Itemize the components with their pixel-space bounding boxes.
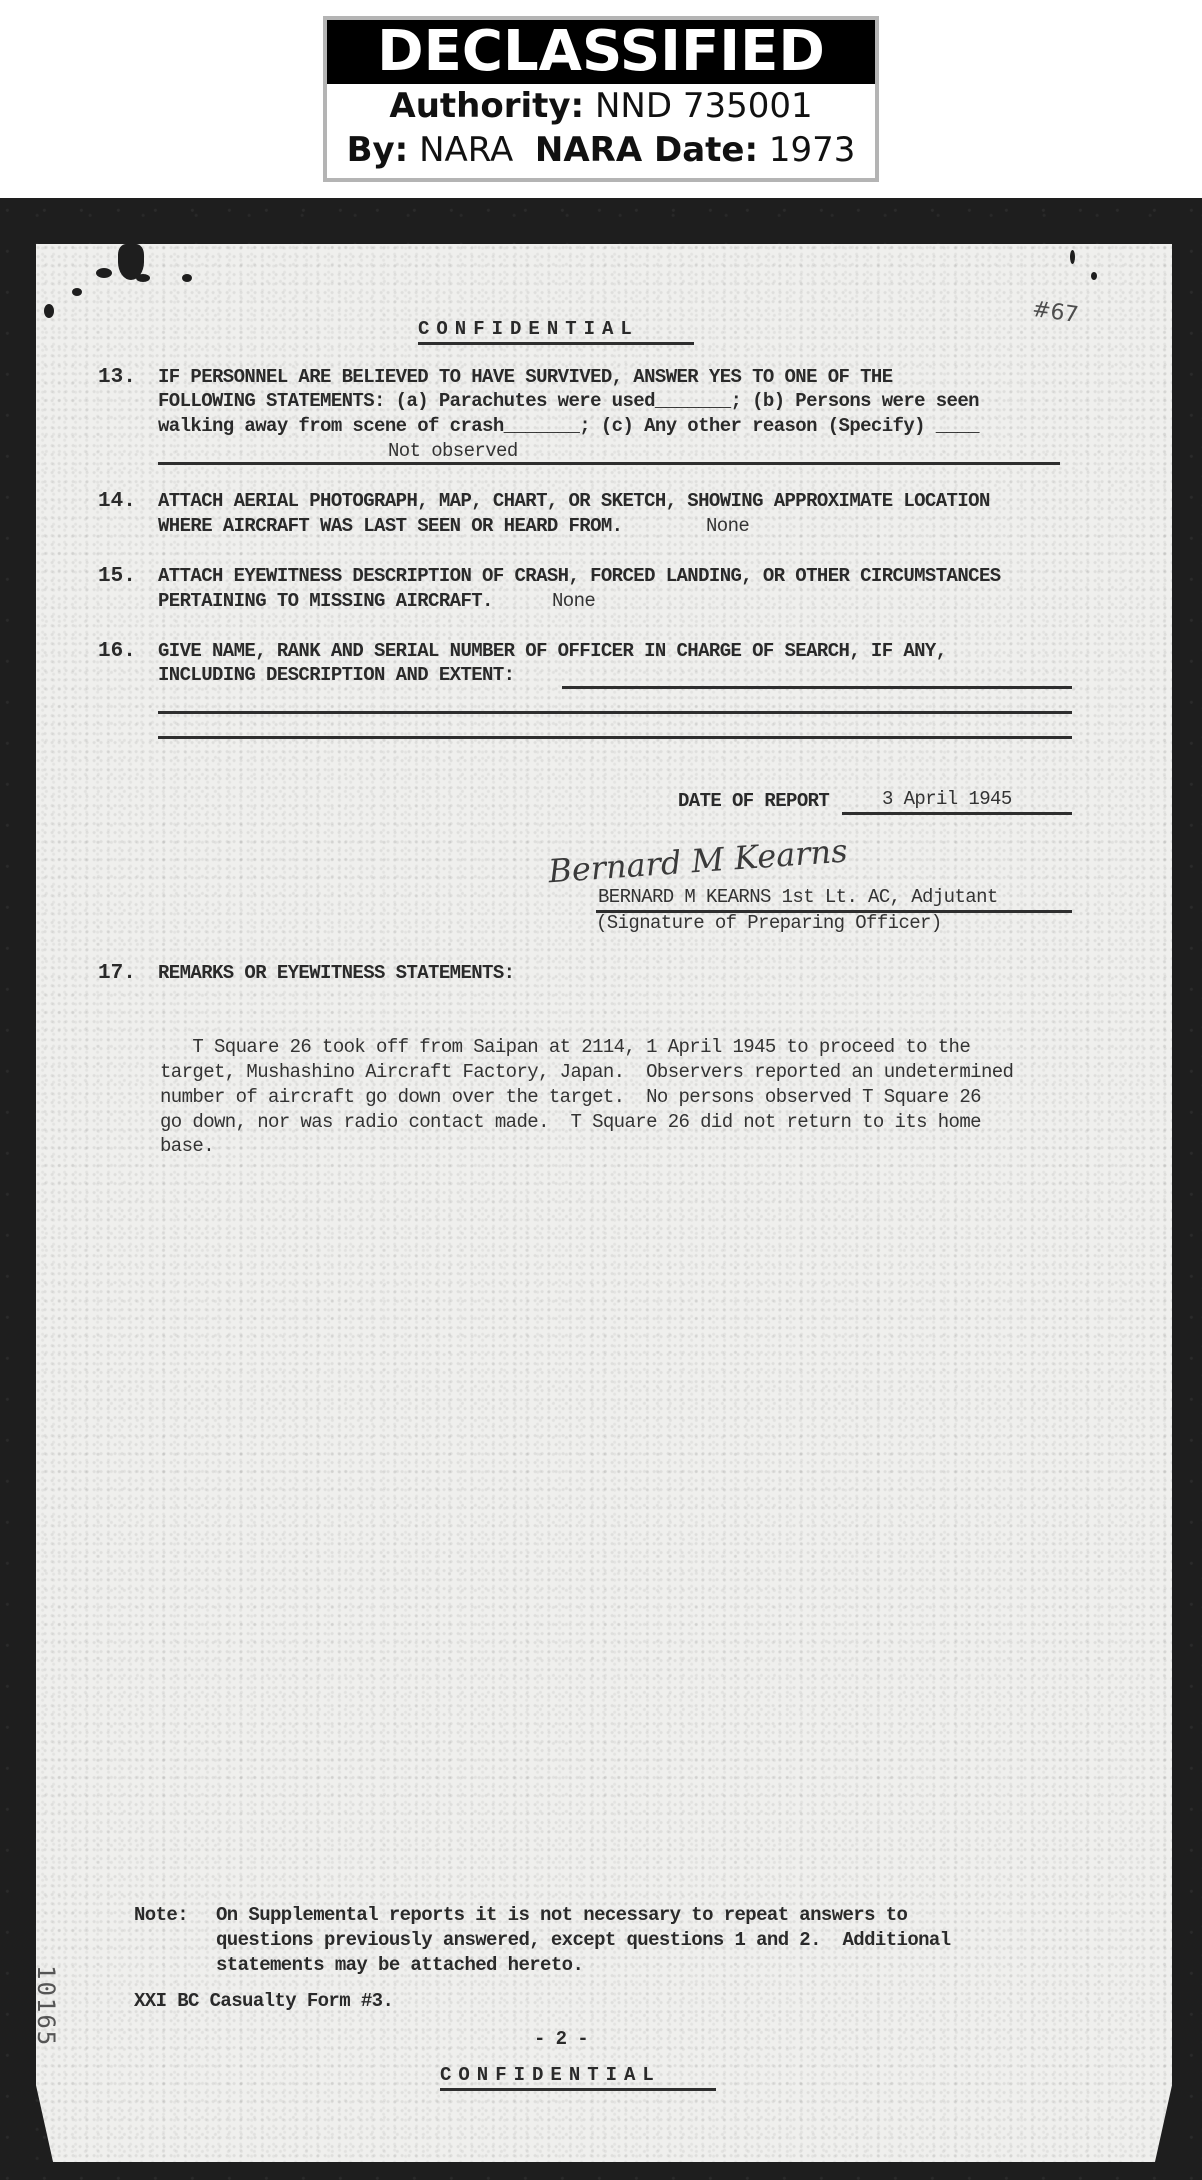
report-date-underline: [842, 812, 1072, 815]
header-classification: CONFIDENTIAL: [418, 318, 639, 340]
item-13-line-1: IF PERSONNEL ARE BELIEVED TO HAVE SURVIV…: [158, 366, 893, 388]
ink-blot: [72, 288, 82, 296]
form-id: XXI BC Casualty Form #3.: [134, 1990, 393, 2012]
page-number: - 2 -: [534, 2028, 588, 2050]
authority-label: Authority:: [389, 86, 584, 126]
remarks-line-4: go down, nor was radio contact made. T S…: [160, 1111, 981, 1133]
item-16-line-2: INCLUDING DESCRIPTION AND EXTENT:: [158, 664, 514, 686]
item-16-blank-line-3: [158, 736, 1072, 739]
signature-caption: (Signature of Preparing Officer): [596, 912, 942, 934]
stamp-authority: Authority: NND 735001: [327, 84, 875, 128]
report-date-label: DATE OF REPORT: [678, 790, 829, 812]
item-13-answer: Not observed: [388, 440, 518, 462]
ink-blot: [136, 274, 150, 282]
remarks-line-1: T Square 26 took off from Saipan at 2114…: [160, 1036, 970, 1058]
remarks-line-2: target, Mushashino Aircraft Factory, Jap…: [160, 1061, 1013, 1083]
remarks-line-3: number of aircraft go down over the targ…: [160, 1086, 981, 1108]
remarks-line-5: base.: [160, 1135, 214, 1157]
ink-blot: [96, 268, 112, 278]
item-14-line-2: WHERE AIRCRAFT WAS LAST SEEN OR HEARD FR…: [158, 515, 622, 537]
item-15-number: 15.: [98, 565, 136, 588]
footer-classification: CONFIDENTIAL: [440, 2064, 661, 2086]
ink-blot: [44, 304, 54, 318]
item-14-answer: None: [706, 515, 749, 537]
declassified-stamp: DECLASSIFIED Authority: NND 735001 By: N…: [323, 16, 879, 182]
ink-blot: [1070, 250, 1075, 264]
nara-date-value: 1973: [769, 130, 856, 170]
declassification-header: DECLASSIFIED Authority: NND 735001 By: N…: [0, 0, 1202, 198]
item-16-line-1: GIVE NAME, RANK AND SERIAL NUMBER OF OFF…: [158, 640, 947, 662]
by-value: NARA: [419, 130, 513, 170]
note-line-1: On Supplemental reports it is not necess…: [216, 1904, 907, 1926]
margin-stamp-number: 10165: [32, 1965, 60, 2047]
report-date-value: 3 April 1945: [882, 788, 1012, 810]
signer-typed-name: BERNARD M KEARNS 1st Lt. AC, Adjutant: [598, 886, 998, 908]
stamp-by-date: By: NARA NARA Date: 1973: [327, 128, 875, 172]
footer-classification-underline: [440, 2088, 716, 2091]
item-14-number: 14.: [98, 490, 136, 513]
item-16-number: 16.: [98, 640, 136, 663]
note-line-3: statements may be attached hereto.: [216, 1954, 583, 1976]
item-15-line-2: PERTAINING TO MISSING AIRCRAFT.: [158, 590, 493, 612]
nara-date-label: NARA Date:: [535, 130, 758, 170]
note-label: Note:: [134, 1904, 188, 1926]
item-13-line-3: walking away from scene of crash_______;…: [158, 415, 979, 437]
item-14-line-1: ATTACH AERIAL PHOTOGRAPH, MAP, CHART, OR…: [158, 490, 990, 512]
item-15-line-1: ATTACH EYEWITNESS DESCRIPTION OF CRASH, …: [158, 565, 1001, 587]
note-line-2: questions previously answered, except qu…: [216, 1929, 951, 1951]
item-13-number: 13.: [98, 366, 136, 389]
item-13-answer-line: [158, 462, 1060, 465]
item-13-line-2: FOLLOWING STATEMENTS: (a) Parachutes wer…: [158, 390, 979, 412]
by-label: By:: [347, 130, 409, 170]
stamp-title: DECLASSIFIED: [327, 20, 875, 84]
ink-blot: [1091, 272, 1097, 280]
header-classification-underline: [418, 342, 694, 345]
ink-blot: [182, 274, 192, 282]
item-16-blank-line-1: [562, 686, 1072, 689]
item-15-answer: None: [552, 590, 595, 612]
item-16-blank-line-2: [158, 711, 1072, 714]
authority-value: NND 735001: [595, 86, 813, 126]
remarks-label: REMARKS OR EYEWITNESS STATEMENTS:: [158, 962, 514, 984]
item-17-number: 17.: [98, 962, 136, 985]
